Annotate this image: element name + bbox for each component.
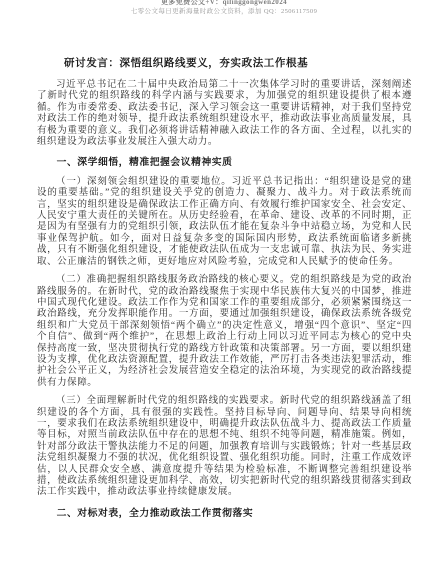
watermark-line1: 更多免费公文+V：qilinggongwen2024 [0, 0, 448, 7]
paragraph-point-3: （三）全面理解新时代党的组织路线的实践要求。新时代党的组织路线涵盖了组织建设的各… [37, 396, 412, 499]
document-page: 更多免费公文+V：qilinggongwen2024 七零公文每日更新海量时政公… [0, 0, 448, 580]
section-heading-1: 一、深学细悟，精准把握会议精神实质 [37, 157, 412, 168]
watermark-line2: 七零公文每日更新海量时政公文资料，添加 QQ：2506117509 [0, 7, 448, 16]
watermark-header: 更多免费公文+V：qilinggongwen2024 七零公文每日更新海量时政公… [0, 0, 448, 16]
document-title: 研讨发言：深悟组织路线要义，夯实政法工作根基 [37, 57, 412, 70]
paragraph-point-2: （二）准确把握组织路线服务政治路线的核心要义。党的组织路线是为党的政治路线服务的… [37, 275, 412, 389]
paragraph-intro: 习近平总书记在二十届中央政治局第二十一次集体学习时的重要讲话，深刻阐述了新时代党… [37, 80, 412, 148]
section-heading-2: 二、对标对表，全力推动政法工作贯彻落实 [37, 508, 412, 519]
document-body: 研讨发言：深悟组织路线要义，夯实政法工作根基 习近平总书记在二十届中央政治局第二… [37, 57, 412, 527]
paragraph-point-1: （一）深刻领会组织建设的重要地位。习近平总书记指出：“组织建设是党的建设的重要基… [37, 177, 412, 268]
